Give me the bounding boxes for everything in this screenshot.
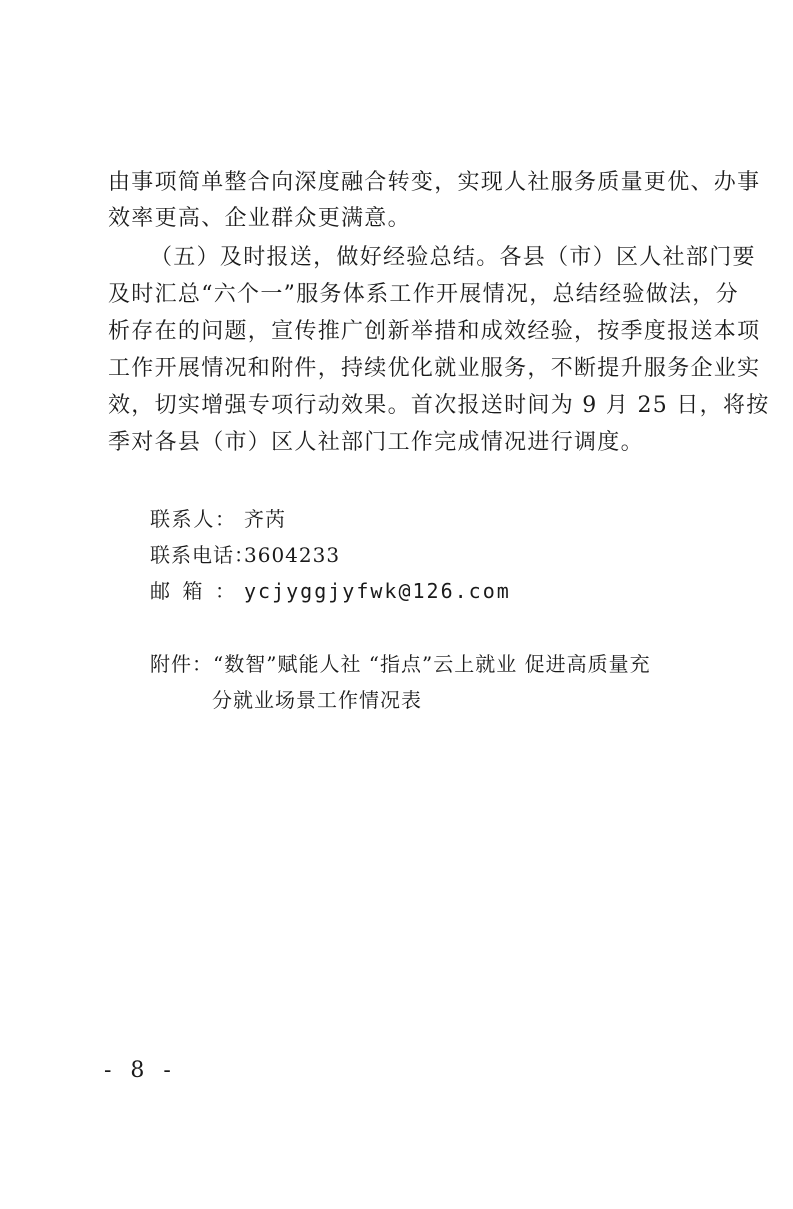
section-five-heading-line: （五）及时报送，做好经验总结。各县（市）区人社部门要 <box>150 243 693 273</box>
contact-phone: 联系电话：3604233 <box>150 541 340 569</box>
attachment-title: “数智”赋能人社 “指点”云上就业 促进高质量充 <box>213 652 651 676</box>
contact-person-value: 齐芮 <box>244 507 286 531</box>
page-number: - 8 - <box>104 1058 177 1083</box>
paragraph-line: 由事项简单整合向深度融合转变，实现人社服务质量更优、办事 <box>108 168 693 198</box>
contact-email: 邮箱：ycjyggjyfwk@126.com <box>150 577 511 605</box>
paragraph-line: 季对各县（市）区人社部门工作完成情况进行调度。 <box>108 428 644 458</box>
paragraph-line: 工作开展情况和附件，持续优化就业服务，不断提升服务企业实 <box>108 354 693 384</box>
attachment-line-2: 分就业场景工作情况表 <box>212 686 422 714</box>
contact-person: 联系人：齐芮 <box>150 505 286 533</box>
contact-email-value: ycjyggjyfwk@126.com <box>244 579 511 603</box>
contact-email-label: 邮箱： <box>150 577 236 605</box>
paragraph-line: 效率更高、企业群众更满意。 <box>108 204 411 234</box>
paragraph-line: 效，切实增强专项行动效果。首次报送时间为 9 月 25 日，将按 <box>108 391 693 421</box>
paragraph-line: 析存在的问题，宣传推广创新举措和成效经验，按季度报送本项 <box>108 317 693 347</box>
attachment-label: 附件： <box>150 652 213 676</box>
contact-person-label: 联系人： <box>150 505 236 533</box>
contact-phone-value: 3604233 <box>244 543 340 567</box>
paragraph-line: 及时汇总“六个一”服务体系工作开展情况，总结经验做法，分 <box>108 280 693 310</box>
attachment-line-1: 附件：“数智”赋能人社 “指点”云上就业 促进高质量充 <box>150 650 651 678</box>
contact-phone-label: 联系电话： <box>150 541 236 569</box>
